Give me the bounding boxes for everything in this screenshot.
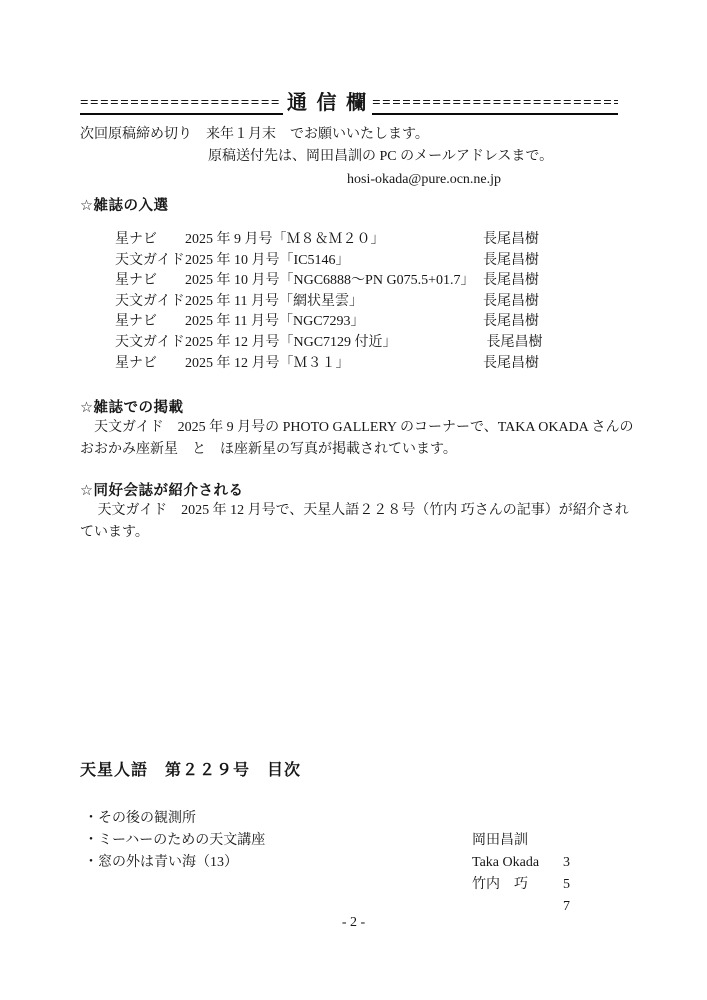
paragraph-line: おおかみ座新星 と ほ座新星の写真が掲載されています。: [80, 439, 640, 461]
paragraph-line: ています。: [80, 522, 640, 544]
magazine-cell: 天文ガイド: [115, 251, 185, 272]
magazine-cell: 星ナビ: [115, 354, 185, 375]
table-row: 星ナビ 2025 年 10 月号「NGC6888～PN G075.5+01.7」…: [80, 271, 640, 292]
table-row: 天文ガイド 2025 年 12 月号「NGC7129 付近」 長尾昌樹: [80, 333, 640, 354]
header-rule-right: =========================: [372, 94, 618, 115]
author-cell: 長尾昌樹: [483, 333, 543, 354]
newsletter-page: ==================== 通 信 欄 =============…: [0, 0, 707, 1000]
toc-item: ・窓の外は青い海（13） 竹内 巧 7: [80, 830, 640, 852]
toc-item-page: 5: [563, 874, 570, 896]
awards-table: 星ナビ 2025 年 9 月号「Ｍ８＆Ｍ２０」 長尾昌樹 天文ガイド 2025 …: [80, 230, 640, 374]
issue-cell: 2025 年 12 月号「Ｍ３１」: [185, 354, 483, 375]
toc-item: ・その後の観測所 岡田昌訓 3: [80, 786, 640, 808]
club-heading: ☆同好会誌が紹介される: [80, 479, 244, 500]
toc-item-page: 3: [563, 852, 570, 874]
toc-item-author: Taka Okada: [472, 852, 539, 874]
publication-heading: ☆雑誌での掲載: [80, 396, 184, 417]
magazine-cell: 天文ガイド: [115, 292, 185, 313]
toc-item-author: 竹内 巧: [472, 874, 528, 896]
club-paragraph: 天文ガイド 2025 年 12 月号で、天星人語２２８号（竹内 巧さんの記事）が…: [80, 500, 640, 543]
page-number: - 2 -: [0, 915, 707, 931]
awards-heading: ☆雑誌の入選: [80, 194, 169, 215]
magazine-cell: 星ナビ: [115, 271, 185, 292]
author-cell: 長尾昌樹: [483, 230, 539, 251]
issue-cell: 2025 年 12 月号「NGC7129 付近」: [185, 333, 483, 354]
author-cell: 長尾昌樹: [483, 251, 539, 272]
toc-item-label: ・窓の外は青い海（13）: [84, 852, 238, 874]
issue-cell: 2025 年 11 月号「NGC7293」: [185, 312, 483, 333]
table-row: 天文ガイド 2025 年 10 月号「IC5146」 長尾昌樹: [80, 251, 640, 272]
magazine-cell: 星ナビ: [115, 312, 185, 333]
author-cell: 長尾昌樹: [483, 312, 539, 333]
deadline-notice: 次回原稿締め切り 来年１月末 でお願いいたします。: [80, 124, 429, 145]
toc-title: 天星人語 第２２９号 目次: [80, 757, 301, 780]
section-header: ==================== 通 信 欄 =============…: [80, 92, 632, 115]
author-cell: 長尾昌樹: [483, 292, 539, 313]
magazine-cell: 星ナビ: [115, 230, 185, 251]
table-row: 星ナビ 2025 年 9 月号「Ｍ８＆Ｍ２０」 長尾昌樹: [80, 230, 640, 251]
table-row: 天文ガイド 2025 年 11 月号「網状星雲」 長尾昌樹: [80, 292, 640, 313]
submission-notice: 原稿送付先は、岡田昌訓の PC のメールアドレスまで。: [208, 146, 553, 167]
paragraph-line: 天文ガイド 2025 年 12 月号で、天星人語２２８号（竹内 巧さんの記事）が…: [80, 500, 640, 522]
toc-item: ・ミーハーのための天文講座 Taka Okada 5: [80, 808, 640, 830]
toc-list: ・その後の観測所 岡田昌訓 3 ・ミーハーのための天文講座 Taka Okada…: [80, 786, 640, 852]
magazine-cell: 天文ガイド: [115, 333, 185, 354]
author-cell: 長尾昌樹: [483, 354, 539, 375]
paragraph-line: 天文ガイド 2025 年 9 月号の PHOTO GALLERY のコーナーで、…: [80, 417, 640, 439]
header-rule-left: ====================: [80, 94, 283, 115]
issue-cell: 2025 年 11 月号「網状星雲」: [185, 292, 483, 313]
table-row: 星ナビ 2025 年 11 月号「NGC7293」 長尾昌樹: [80, 312, 640, 333]
issue-cell: 2025 年 10 月号「NGC6888～PN G075.5+01.7」: [185, 271, 483, 292]
author-cell: 長尾昌樹: [483, 271, 539, 292]
table-row: 星ナビ 2025 年 12 月号「Ｍ３１」 長尾昌樹: [80, 354, 640, 375]
contact-email: hosi-okada@pure.ocn.ne.jp: [347, 169, 501, 190]
issue-cell: 2025 年 10 月号「IC5146」: [185, 251, 483, 272]
issue-cell: 2025 年 9 月号「Ｍ８＆Ｍ２０」: [185, 230, 483, 251]
publication-paragraph: 天文ガイド 2025 年 9 月号の PHOTO GALLERY のコーナーで、…: [80, 417, 640, 460]
page-title: 通 信 欄: [283, 92, 372, 115]
